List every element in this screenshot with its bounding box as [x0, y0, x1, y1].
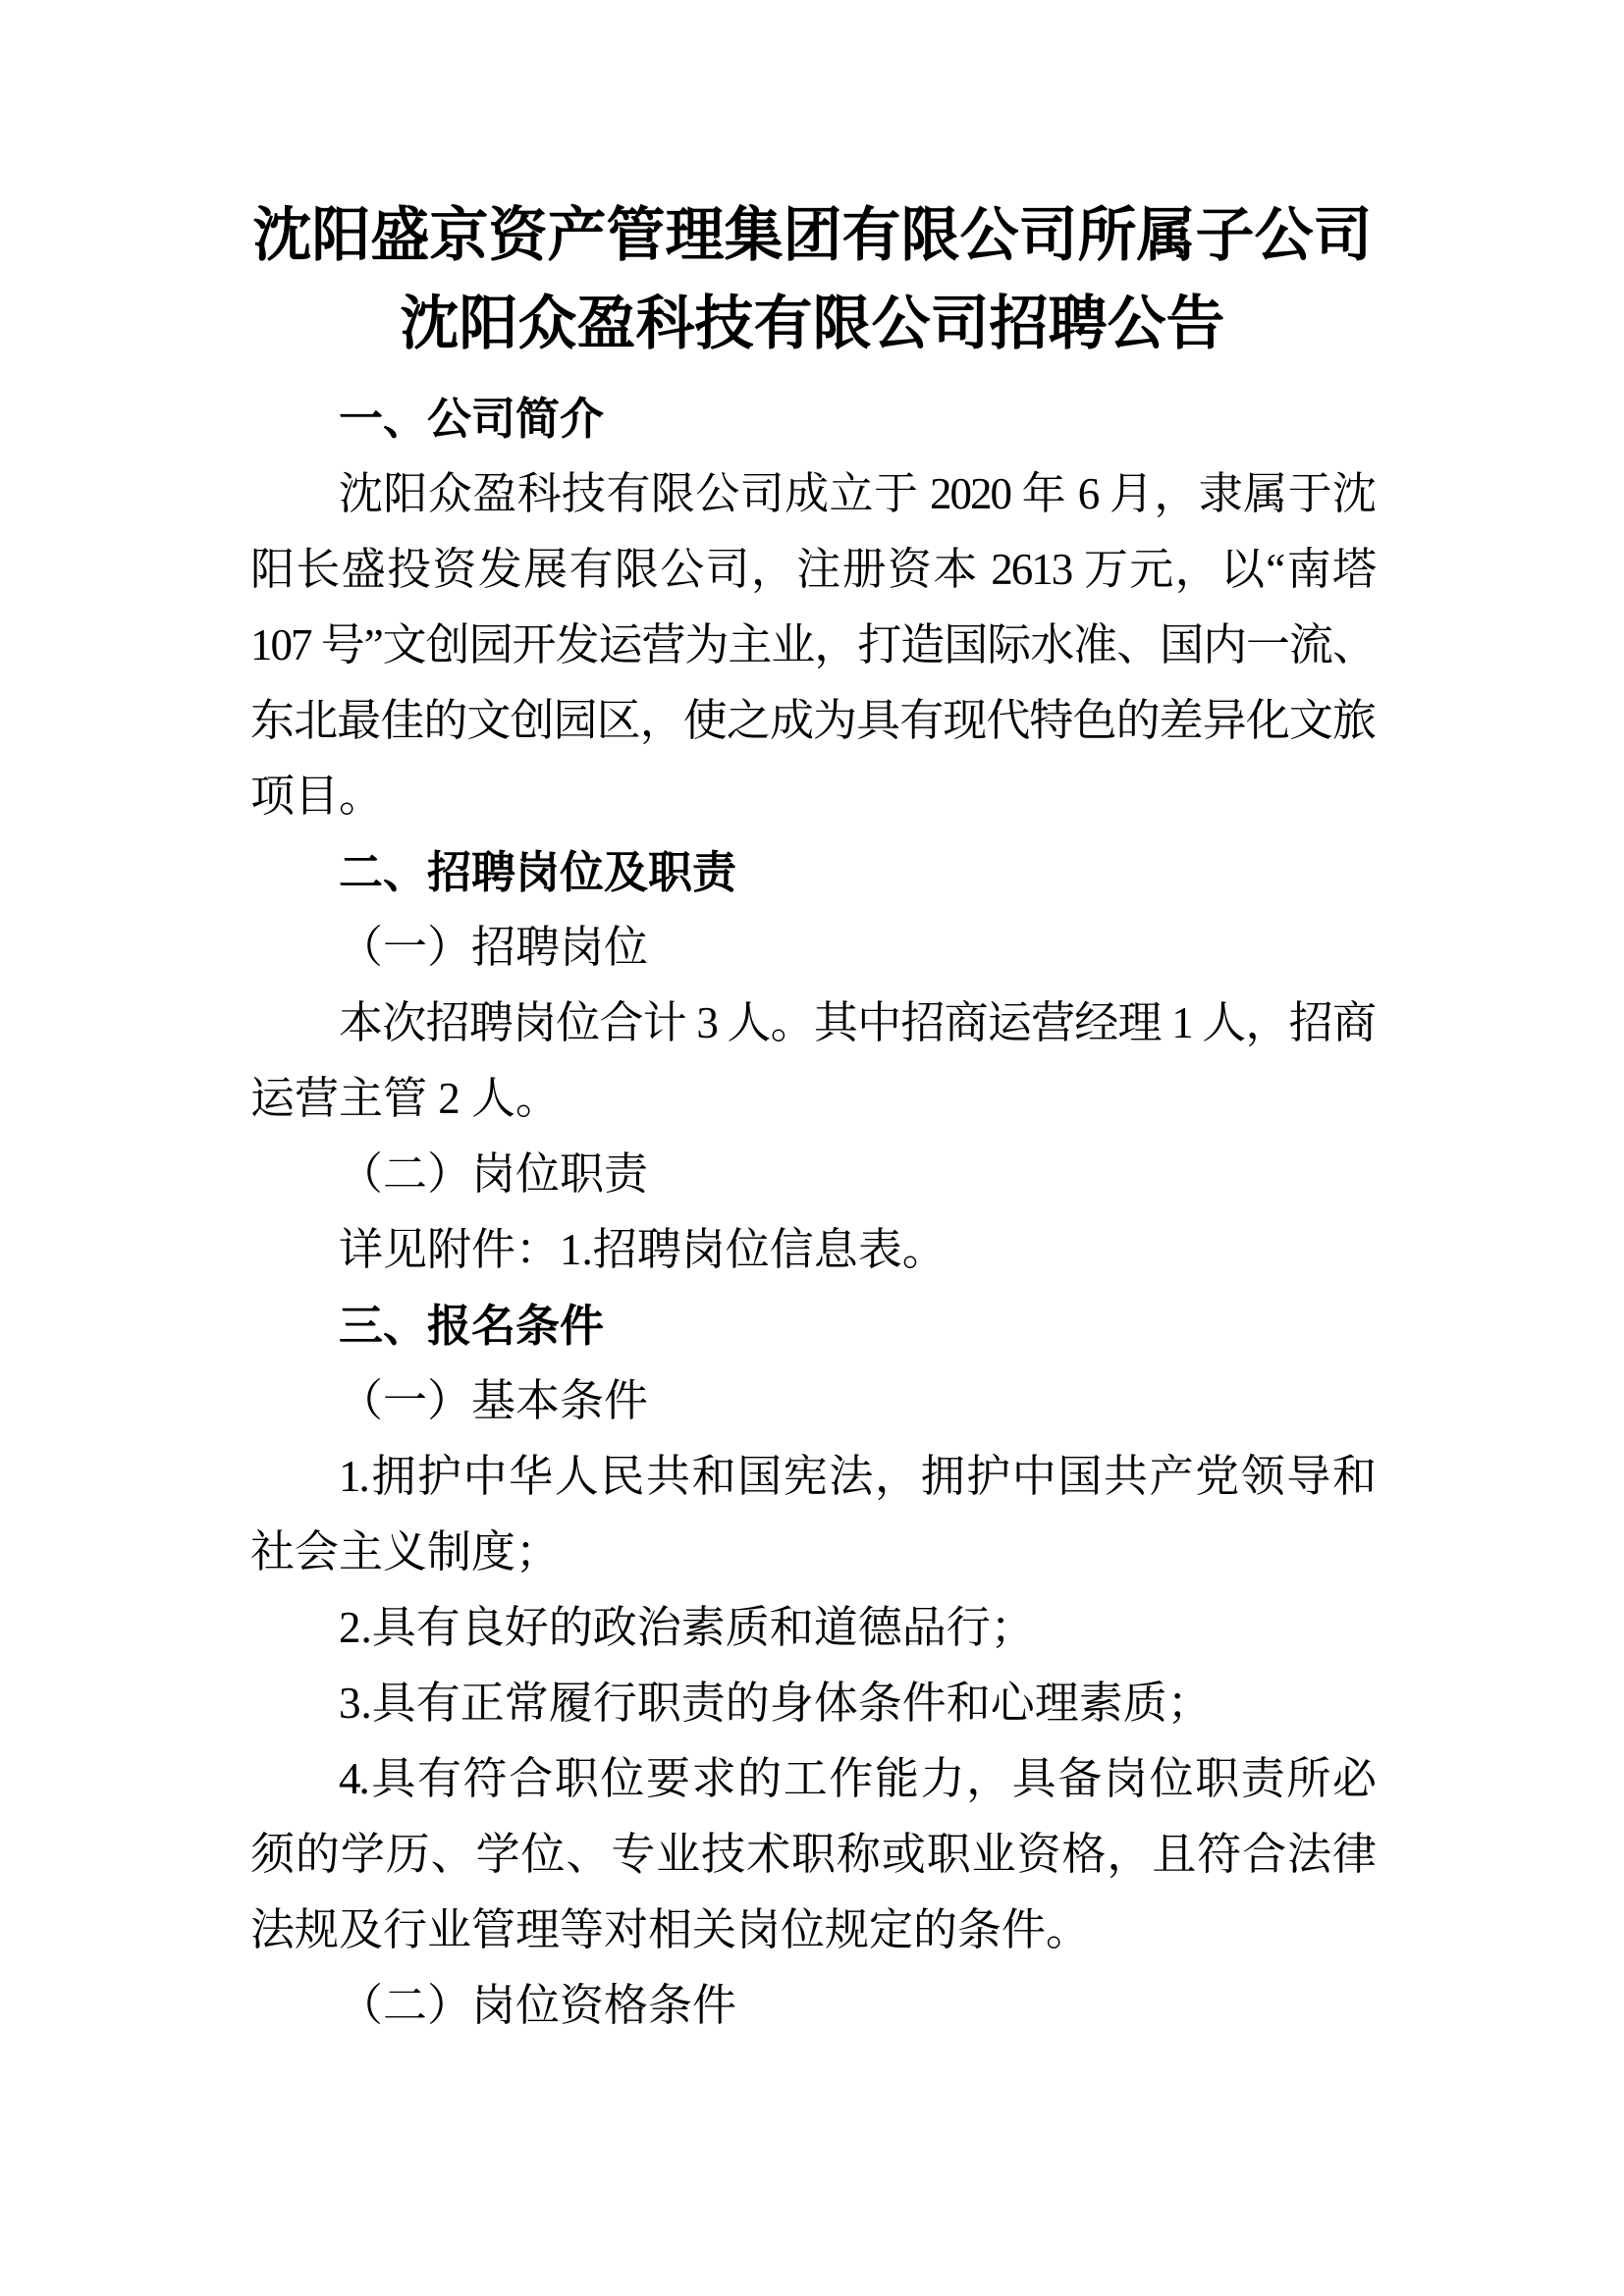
body-text-line: 运营主管 2 人。 — [250, 1061, 1375, 1137]
body-text-line: 本次招聘岗位合计 3 人。其中招商运营经理 1 人，招商 — [250, 986, 1375, 1061]
document-body: 一、公司简介沈阳众盈科技有限公司成立于 2020 年 6 月，隶属于沈阳长盛投资… — [250, 381, 1375, 2044]
body-text-line: 须的学历、学位、专业技术职称或职业资格，且符合法律 — [250, 1817, 1375, 1893]
body-text-line: 法规及行业管理等对相关岗位规定的条件。 — [250, 1893, 1375, 1968]
sub-section-heading: （二）岗位职责 — [250, 1137, 1375, 1212]
body-text-line: 1.拥护中华人民共和国宪法，拥护中国共产党领导和 — [250, 1439, 1375, 1515]
document-page: 沈阳盛京资产管理集团有限公司所属子公司 沈阳众盈科技有限公司招聘公告 一、公司简… — [0, 0, 1624, 2296]
sub-section-heading: （二）岗位资格条件 — [250, 1968, 1375, 2044]
title-line-2: 沈阳众盈科技有限公司招聘公告 — [250, 280, 1375, 368]
document-title: 沈阳盛京资产管理集团有限公司所属子公司 沈阳众盈科技有限公司招聘公告 — [250, 0, 1375, 368]
section-heading: 二、招聘岗位及职责 — [250, 834, 1375, 910]
body-text-line: 3.具有正常履行职责的身体条件和心理素质； — [250, 1666, 1375, 1741]
body-text-line: 4.具有符合职位要求的工作能力，具备岗位职责所必 — [250, 1741, 1375, 1817]
body-text-line: 107 号”文创园开发运营为主业，打造国际水准、国内一流、 — [250, 608, 1375, 683]
sub-section-heading: （一）招聘岗位 — [250, 910, 1375, 986]
body-text-line: 项目。 — [250, 759, 1375, 834]
body-text-line: 详见附件：1.招聘岗位信息表。 — [250, 1212, 1375, 1288]
body-text-line: 阳长盛投资发展有限公司，注册资本 2613 万元，以“南塔 — [250, 532, 1375, 608]
body-text-line: 2.具有良好的政治素质和道德品行； — [250, 1590, 1375, 1666]
body-text-line: 东北最佳的文创园区，使之成为具有现代特色的差异化文旅 — [250, 683, 1375, 759]
body-text-line: 社会主义制度； — [250, 1515, 1375, 1590]
section-heading: 三、报名条件 — [250, 1288, 1375, 1363]
title-line-1: 沈阳盛京资产管理集团有限公司所属子公司 — [250, 191, 1375, 280]
section-heading: 一、公司简介 — [250, 381, 1375, 456]
sub-section-heading: （一）基本条件 — [250, 1363, 1375, 1439]
body-text-line: 沈阳众盈科技有限公司成立于 2020 年 6 月，隶属于沈 — [250, 456, 1375, 532]
